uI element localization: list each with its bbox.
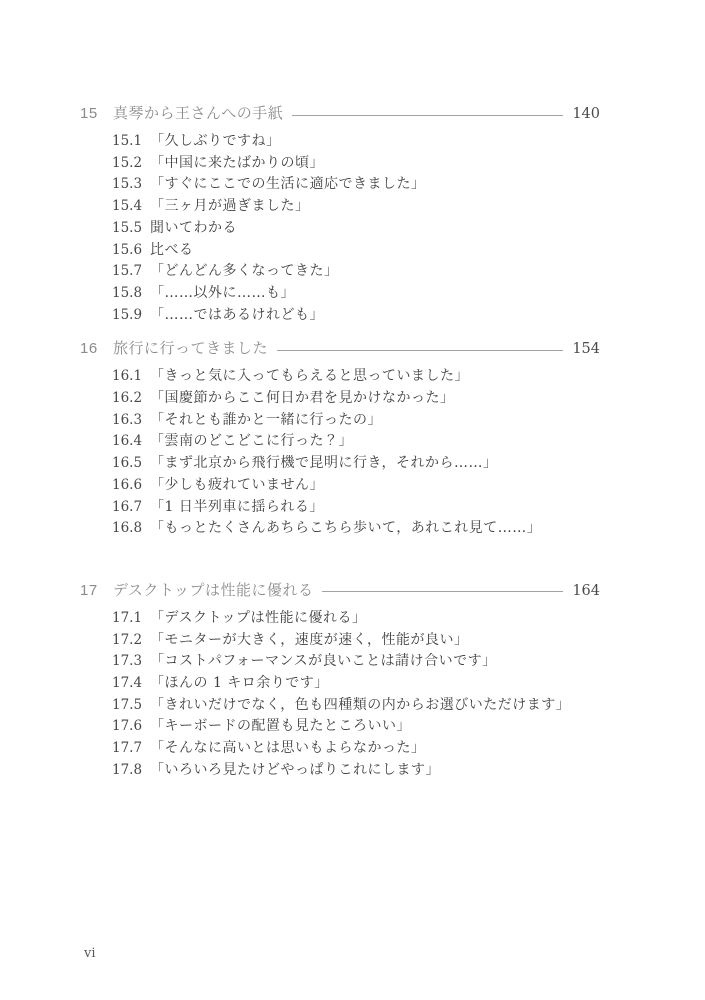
chapter-page-ref: 164 <box>572 580 600 602</box>
section-title: 「雲南のどこどこに行った？」 <box>150 431 353 453</box>
toc-section-row: 16.8 「もっとたくさんあちらこちら歩いて，あれこれ見て……」 <box>112 518 600 540</box>
toc-section-row: 16.7 「1 日半列車に揺られる」 <box>112 497 600 519</box>
chapter-number: 15 <box>80 103 113 125</box>
chapter-page-ref: 154 <box>572 338 600 360</box>
toc-section-row: 17.7 「そんなに高いとは思いもよらなかった」 <box>112 738 600 760</box>
toc-section-row: 16.5 「まず北京から飛行機で昆明に行き，それから……」 <box>112 453 600 475</box>
toc-section-row: 15.6 比べる <box>112 240 600 262</box>
toc-chapter: 17 デスクトップは性能に優れる 164 17.1 「デスクトップは性能に優れる… <box>80 580 600 782</box>
section-number: 16.1 <box>112 366 150 388</box>
section-title: 「まず北京から飛行機で昆明に行き，それから……」 <box>150 453 497 475</box>
toc-section-row: 15.5 聞いてわかる <box>112 218 600 240</box>
toc-section-row: 15.8 「……以外に……も」 <box>112 283 600 305</box>
section-title: 「どんどん多くなってきた」 <box>150 261 339 283</box>
toc-section-row: 16.3 「それとも誰かと一緒に行ったの」 <box>112 410 600 432</box>
section-title: 「1 日半列車に揺られる」 <box>150 497 324 519</box>
toc-section-row: 15.1 「久しぶりですね」 <box>112 131 600 153</box>
toc-section-row: 15.7 「どんどん多くなってきた」 <box>112 261 600 283</box>
leader-line <box>292 115 563 116</box>
section-number: 16.4 <box>112 431 150 453</box>
section-number: 17.2 <box>112 630 150 652</box>
section-title: 「三ヶ月が過ぎました」 <box>150 196 310 218</box>
section-number: 17.5 <box>112 695 150 717</box>
toc-section-row: 17.8 「いろいろ見たけどやっぱりこれにします」 <box>112 760 600 782</box>
book-page: 15 真琴から王さんへの手紙 140 15.1 「久しぶりですね」 15.2 「… <box>0 0 705 1000</box>
section-number: 17.3 <box>112 651 150 673</box>
chapter-number: 17 <box>80 580 113 602</box>
section-title: 「すぐにここでの生活に適応できました」 <box>150 174 426 196</box>
section-title: 「中国に来たばかりの頃」 <box>150 153 324 175</box>
toc-section-row: 16.1 「きっと気に入ってもらえると思っていました」 <box>112 366 600 388</box>
toc-section-row: 17.1 「デスクトップは性能に優れる」 <box>112 608 600 630</box>
section-number: 15.5 <box>112 218 150 240</box>
toc-section-row: 17.2 「モニターが大きく，速度が速く，性能が良い」 <box>112 630 600 652</box>
toc-section-row: 16.4 「雲南のどこどこに行った？」 <box>112 431 600 453</box>
section-number: 16.7 <box>112 497 150 519</box>
section-number: 15.3 <box>112 174 150 196</box>
section-title: 「いろいろ見たけどやっぱりこれにします」 <box>150 760 440 782</box>
toc-section-row: 17.6 「キーボードの配置も見たところいい」 <box>112 716 600 738</box>
section-title: 「モニターが大きく，速度が速く，性能が良い」 <box>150 630 468 652</box>
section-title: 「デスクトップは性能に優れる」 <box>150 608 367 630</box>
toc-section-row: 17.4 「ほんの 1 キロ余りです」 <box>112 673 600 695</box>
toc-chapter: 15 真琴から王さんへの手紙 140 15.1 「久しぶりですね」 15.2 「… <box>80 103 600 326</box>
section-list: 15.1 「久しぶりですね」 15.2 「中国に来たばかりの頃」 15.3 「す… <box>112 131 600 326</box>
section-title: 比べる <box>150 240 194 262</box>
toc-section-row: 17.5 「きれいだけでなく，色も四種類の内からお選びいただけます」 <box>112 695 600 717</box>
section-title: 「それとも誰かと一緒に行ったの」 <box>150 410 382 432</box>
toc-section-row: 16.6 「少しも疲れていません」 <box>112 475 600 497</box>
chapter-number: 16 <box>80 338 113 360</box>
section-number: 17.6 <box>112 716 150 738</box>
section-number: 17.8 <box>112 760 150 782</box>
toc-section-row: 15.9 「……ではあるけれども」 <box>112 305 600 327</box>
section-title: 「国慶節からここ何日か君を見かけなかった」 <box>150 388 455 410</box>
section-title: 「きっと気に入ってもらえると思っていました」 <box>150 366 469 388</box>
chapter-heading: 15 真琴から王さんへの手紙 140 <box>80 103 600 125</box>
section-title: 「もっとたくさんあちらこちら歩いて，あれこれ見て……」 <box>150 518 541 540</box>
section-title: 「……以外に……も」 <box>150 283 295 305</box>
toc-section-row: 15.2 「中国に来たばかりの頃」 <box>112 153 600 175</box>
section-title: 「ほんの 1 キロ余りです」 <box>150 673 329 695</box>
section-list: 16.1 「きっと気に入ってもらえると思っていました」 16.2 「国慶節からこ… <box>112 366 600 540</box>
section-title: 「そんなに高いとは思いもよらなかった」 <box>150 738 426 760</box>
section-title: 「……ではあるけれども」 <box>150 305 324 327</box>
section-number: 16.2 <box>112 388 150 410</box>
leader-line <box>277 350 563 351</box>
chapter-heading: 17 デスクトップは性能に優れる 164 <box>80 580 600 602</box>
section-title: 聞いてわかる <box>150 218 237 240</box>
section-number: 17.7 <box>112 738 150 760</box>
section-number: 17.1 <box>112 608 150 630</box>
section-number: 15.8 <box>112 283 150 305</box>
chapter-title: 真琴から王さんへの手紙 <box>113 103 283 125</box>
section-number: 15.9 <box>112 305 150 327</box>
section-title: 「きれいだけでなく，色も四種類の内からお選びいただけます」 <box>150 695 570 717</box>
section-number: 15.6 <box>112 240 150 262</box>
chapter-heading: 16 旅行に行ってきました 154 <box>80 338 600 360</box>
section-title: 「少しも疲れていません」 <box>150 475 324 497</box>
section-number: 16.8 <box>112 518 150 540</box>
toc-section-row: 17.3 「コストパフォーマンスが良いことは請け合いです」 <box>112 651 600 673</box>
section-number: 15.4 <box>112 196 150 218</box>
section-title: 「久しぶりですね」 <box>150 131 281 153</box>
toc-section-row: 15.4 「三ヶ月が過ぎました」 <box>112 196 600 218</box>
chapter-title: デスクトップは性能に優れる <box>113 580 313 602</box>
section-number: 17.4 <box>112 673 150 695</box>
toc-section-row: 16.2 「国慶節からここ何日か君を見かけなかった」 <box>112 388 600 410</box>
leader-line <box>322 591 563 592</box>
toc-section-row: 15.3 「すぐにここでの生活に適応できました」 <box>112 174 600 196</box>
chapter-title: 旅行に行ってきました <box>113 338 268 360</box>
section-number: 15.1 <box>112 131 150 153</box>
toc-chapter: 16 旅行に行ってきました 154 16.1 「きっと気に入ってもらえると思って… <box>80 338 600 540</box>
section-list: 17.1 「デスクトップは性能に優れる」 17.2 「モニターが大きく，速度が速… <box>112 608 600 782</box>
section-number: 15.2 <box>112 153 150 175</box>
section-title: 「キーボードの配置も見たところいい」 <box>150 716 411 738</box>
section-number: 16.3 <box>112 410 150 432</box>
section-title: 「コストパフォーマンスが良いことは請け合いです」 <box>150 651 497 673</box>
section-number: 16.6 <box>112 475 150 497</box>
section-number: 15.7 <box>112 261 150 283</box>
page-number-folio: vi <box>84 946 96 961</box>
chapter-page-ref: 140 <box>572 103 600 125</box>
table-of-contents: 15 真琴から王さんへの手紙 140 15.1 「久しぶりですね」 15.2 「… <box>80 103 600 782</box>
section-number: 16.5 <box>112 453 150 475</box>
